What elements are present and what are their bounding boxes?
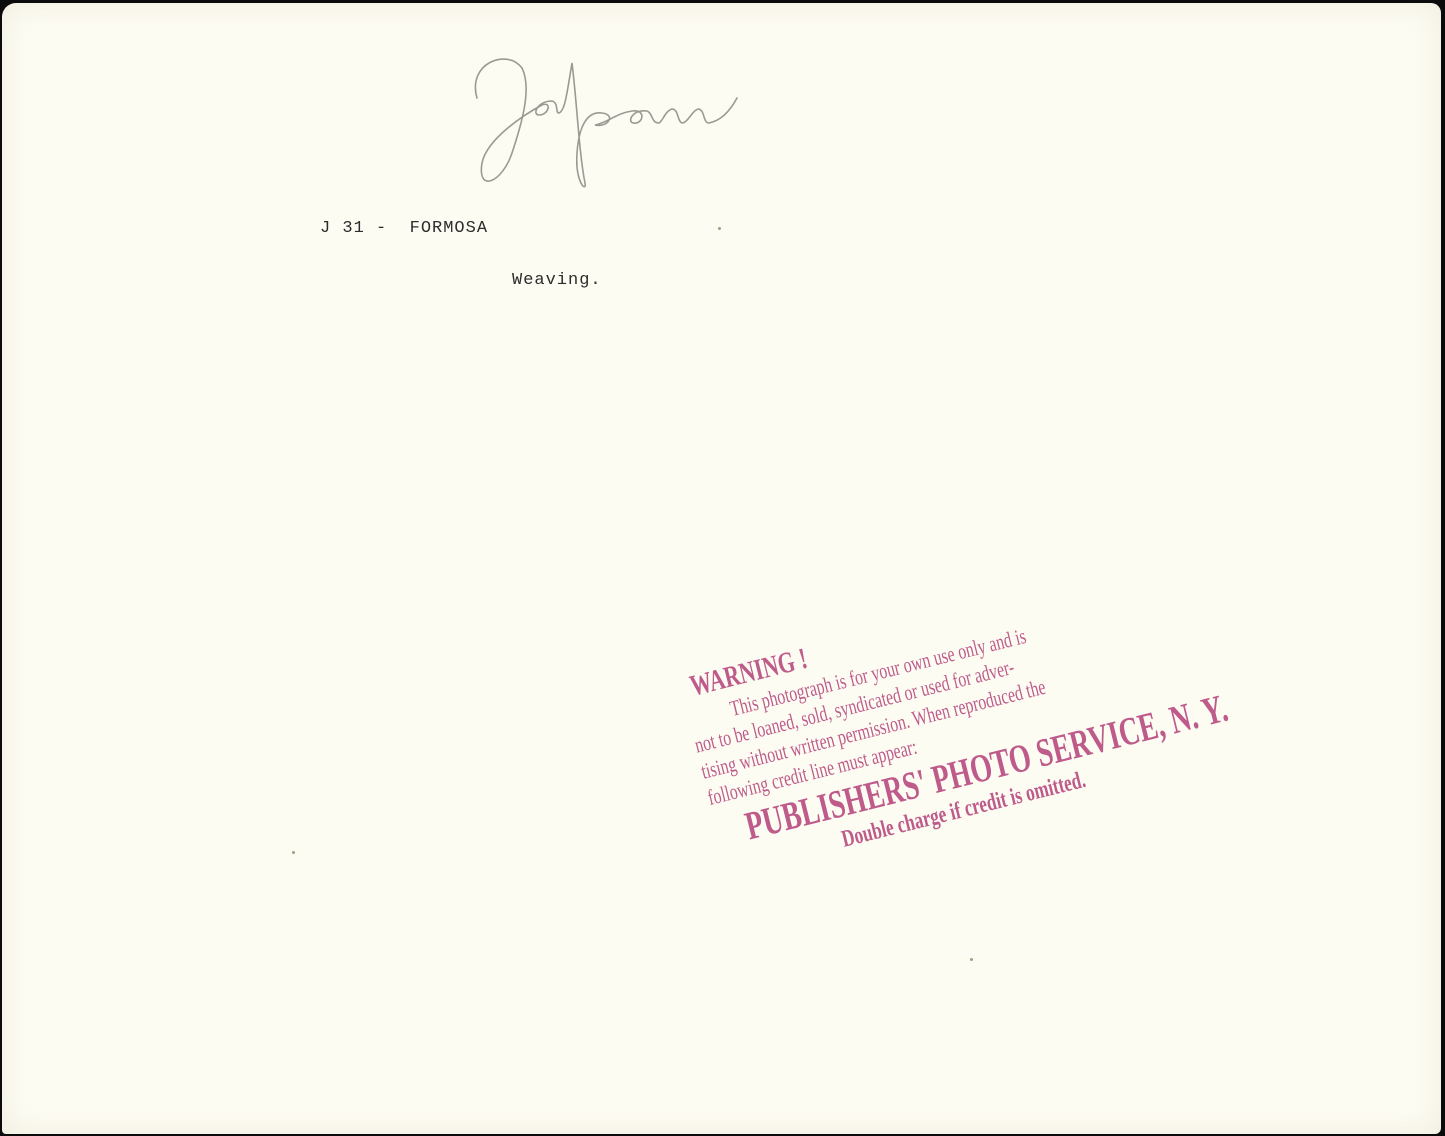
caption-text: Weaving.	[512, 271, 602, 290]
paper-speck	[718, 227, 721, 230]
location-label: FORMOSA	[410, 219, 488, 238]
paper-speck	[970, 958, 973, 961]
catalog-code: J 31 -	[320, 219, 387, 238]
warning-stamp: WARNING ! This photograph is for your ow…	[662, 473, 1292, 883]
handwritten-label	[467, 43, 787, 203]
handwriting-japan-icon	[467, 43, 787, 203]
catalog-line: J 31 - FORMOSA	[320, 219, 488, 238]
paper-speck	[292, 851, 295, 854]
photo-back-card: J 31 - FORMOSA Weaving. WARNING ! This p…	[2, 3, 1441, 1134]
